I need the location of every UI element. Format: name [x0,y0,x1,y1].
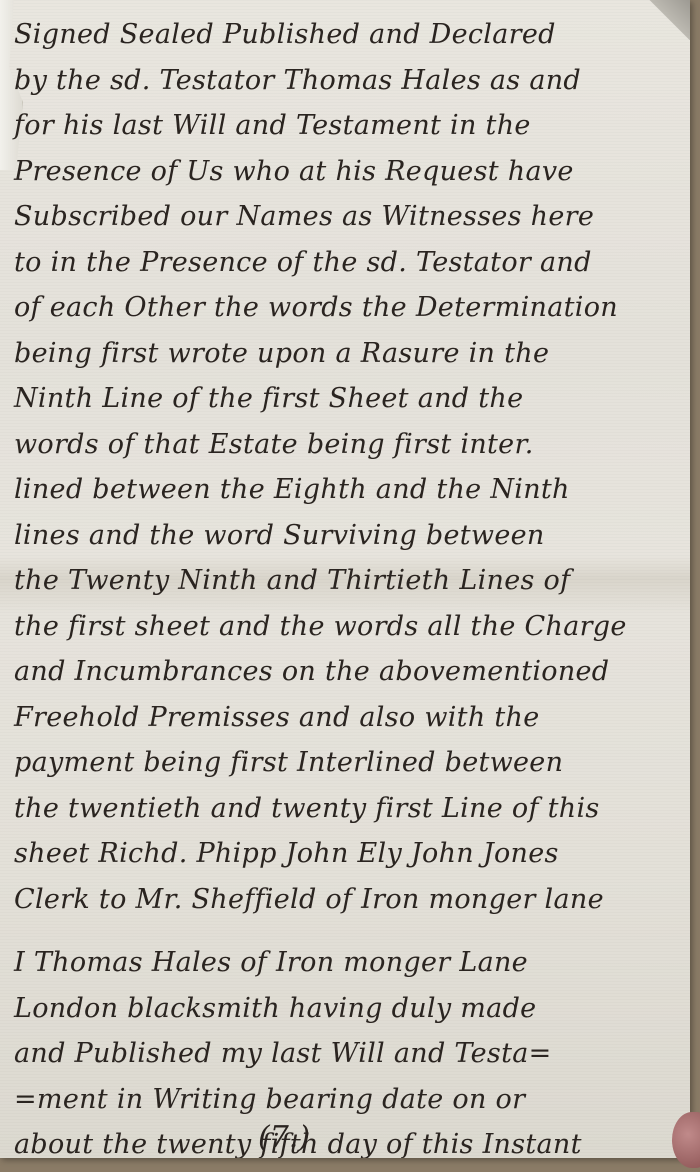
text-line: about the twenty fifth day of this Insta… [14,1122,690,1158]
text-line: payment being first Interlined between [14,740,690,786]
text-line: words of that Estate being first inter. [14,422,690,468]
text-line: the first sheet and the words all the Ch… [14,604,690,650]
text-line: London blacksmith having duly made [14,986,690,1032]
text-line: Subscribed our Names as Witnesses here [14,194,690,240]
text-line: to in the Presence of the sd. Testator a… [14,240,690,286]
text-line: Clerk to Mr. Sheffield of Iron monger la… [14,877,690,923]
text-line: I Thomas Hales of Iron monger Lane [14,940,690,986]
text-line: the twentieth and twenty first Line of t… [14,786,690,832]
text-line: Ninth Line of the first Sheet and the [14,376,690,422]
text-line: for his last Will and Testament in the [14,103,690,149]
text-line: of each Other the words the Determinatio… [14,285,690,331]
codicil-paragraph: I Thomas Hales of Iron monger Lane Londo… [14,940,690,1158]
text-line: being first wrote upon a Rasure in the [14,331,690,377]
attestation-paragraph: Signed Sealed Published and Declared by … [14,12,690,922]
text-line: =ment in Writing bearing date on or [14,1077,690,1123]
text-line: lined between the Eighth and the Ninth [14,467,690,513]
text-line: the Twenty Ninth and Thirtieth Lines of [14,558,690,604]
text-line: and Incumbrances on the abovementioned [14,649,690,695]
handwritten-text: Signed Sealed Published and Declared by … [14,12,690,1158]
page-number: (7.) [258,1120,310,1155]
text-line: Freehold Premisses and also with the [14,695,690,741]
text-line: Presence of Us who at his Request have [14,149,690,195]
paragraph-gap [14,922,690,940]
text-line: and Published my last Will and Testa= [14,1031,690,1077]
text-line: lines and the word Surviving between [14,513,690,559]
text-line: Signed Sealed Published and Declared [14,12,690,58]
text-line: sheet Richd. Phipp John Ely John Jones [14,831,690,877]
text-line: by the sd. Testator Thomas Hales as and [14,58,690,104]
manuscript-page: Signed Sealed Published and Declared by … [0,0,690,1158]
thumb-holding-page [672,1112,700,1168]
